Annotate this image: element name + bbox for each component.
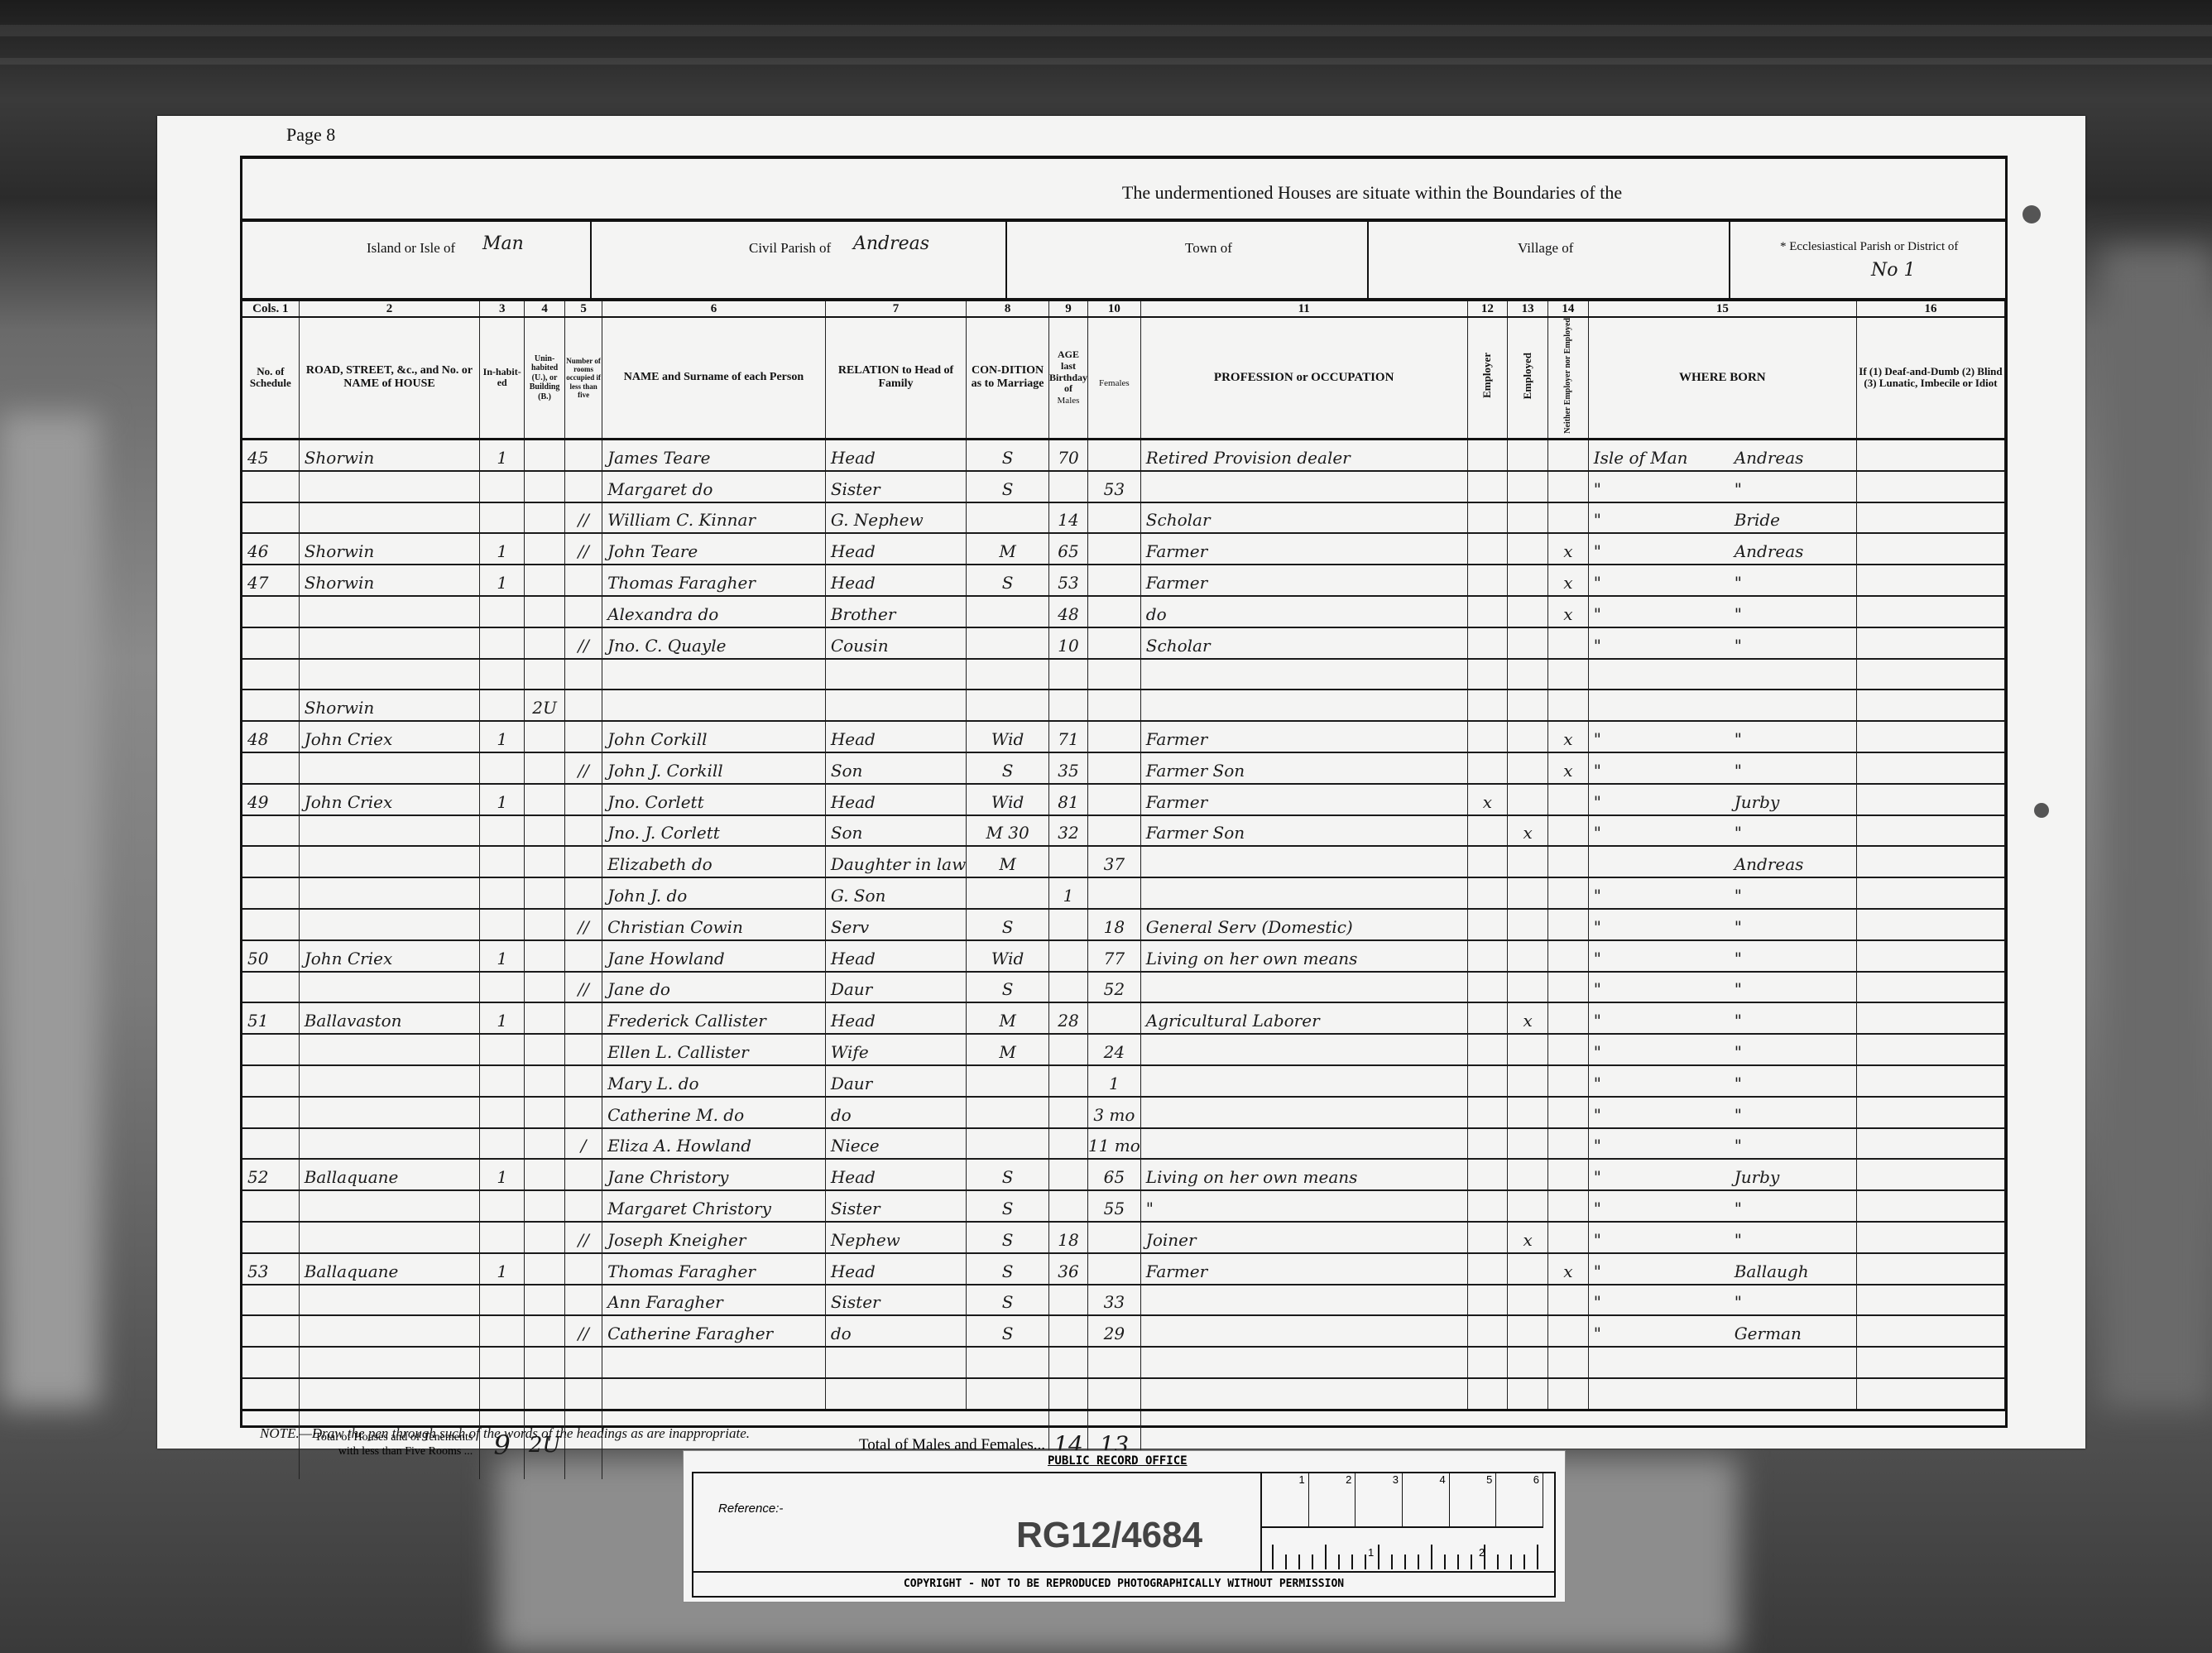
cell-sched xyxy=(242,1128,299,1160)
cell-unin xyxy=(525,1065,565,1097)
cell-house xyxy=(299,596,480,627)
cell-m: 32 xyxy=(1048,815,1087,847)
cell-inh xyxy=(480,1190,525,1222)
cell-cond: M xyxy=(967,533,1049,565)
table-row: //John J. CorkillSonS35Farmer Sonx"" xyxy=(242,752,2005,784)
cell-emp2 xyxy=(1508,784,1548,815)
cell-emp1 xyxy=(1467,815,1508,847)
cell-where-born: "" xyxy=(1588,596,1856,627)
cell-emp2 xyxy=(1508,752,1548,784)
cell-f xyxy=(1087,627,1140,659)
table-row: /Eliza A. HowlandNiece11 mo"" xyxy=(242,1128,2005,1160)
cell-m: 53 xyxy=(1048,565,1087,596)
table-row xyxy=(242,659,2005,690)
cell-m: 70 xyxy=(1048,439,1087,470)
cell-emp2 xyxy=(1508,690,1548,721)
cell-inh xyxy=(480,690,525,721)
office-label: PUBLIC RECORD OFFICE xyxy=(1048,1454,1188,1468)
cell-inh: 1 xyxy=(480,439,525,470)
cell-name: Ann Faragher xyxy=(602,1285,826,1316)
cell-sched xyxy=(242,1347,299,1378)
ruler-tick xyxy=(1404,1554,1406,1569)
cell-rel xyxy=(825,659,966,690)
cell-f xyxy=(1087,502,1140,534)
civil-parish-value: Andreas xyxy=(853,233,929,254)
cell-unin xyxy=(525,909,565,940)
cell-house xyxy=(299,1315,480,1347)
cell-inf xyxy=(1856,752,2004,784)
cell-cond: S xyxy=(967,1159,1049,1190)
cell-emp1 xyxy=(1467,972,1508,1003)
cell-emp1 xyxy=(1467,721,1508,752)
cell-rel: Head xyxy=(825,721,966,752)
ruler-tick xyxy=(1312,1554,1313,1569)
table-row: 46Shorwin1//John TeareHeadM65Farmerx"And… xyxy=(242,533,2005,565)
cell-sched xyxy=(242,972,299,1003)
cell-occ xyxy=(1140,846,1467,877)
cell-rooms xyxy=(565,721,602,752)
cell-sched: 52 xyxy=(242,1159,299,1190)
cell-where-born: "" xyxy=(1588,752,1856,784)
cell-emp1 xyxy=(1467,596,1508,627)
cell-occ xyxy=(1140,690,1467,721)
cell-emp2 xyxy=(1508,502,1548,534)
cell-rooms xyxy=(565,1002,602,1034)
cell-rooms xyxy=(565,1378,602,1410)
census-sheet: Page 8 The undermentioned Houses are sit… xyxy=(157,116,2085,1449)
cell-occ xyxy=(1140,1285,1467,1316)
cell-house xyxy=(299,1285,480,1316)
cell-rel: Head xyxy=(825,565,966,596)
cell-inf xyxy=(1856,1253,2004,1285)
cell-rooms xyxy=(565,846,602,877)
cell-where-born: "" xyxy=(1588,1002,1856,1034)
cell-unin: 2U xyxy=(525,690,565,721)
cell-inh xyxy=(480,846,525,877)
header-schedule: No. of Schedule xyxy=(242,317,299,439)
header-infirmity: If (1) Deaf-and-Dumb (2) Blind (3) Lunat… xyxy=(1856,317,2004,439)
cell-rooms xyxy=(565,690,602,721)
header-employer: Employer xyxy=(1467,317,1508,439)
header-relation: RELATION to Head of Family xyxy=(825,317,966,439)
inhabited-total: 9 xyxy=(480,1410,525,1479)
cell-where-born: "Bride xyxy=(1588,502,1856,534)
cell-emp2 xyxy=(1508,627,1548,659)
census-frame: The undermentioned Houses are situate wi… xyxy=(240,156,2008,1428)
cell-rel: Brother xyxy=(825,596,966,627)
cell-emp1 xyxy=(1467,627,1508,659)
table-row: 45Shorwin1James TeareHeadS70Retired Prov… xyxy=(242,439,2005,470)
cell-inh xyxy=(480,1315,525,1347)
page-number: Page 8 xyxy=(286,124,335,146)
cell-where-born: "" xyxy=(1588,909,1856,940)
uninhabited-total: 2U xyxy=(525,1410,565,1479)
cell-sched xyxy=(242,877,299,909)
cell-rooms xyxy=(565,1253,602,1285)
cell-m xyxy=(1048,1378,1087,1410)
ruler-tick xyxy=(1471,1554,1472,1569)
cell-house: Ballaquane xyxy=(299,1159,480,1190)
table-row: 52Ballaquane1Jane ChristoryHeadS65Living… xyxy=(242,1159,2005,1190)
table-row: Ann FaragherSisterS33"" xyxy=(242,1285,2005,1316)
cell-m xyxy=(1048,846,1087,877)
cell-cond: S xyxy=(967,439,1049,470)
cell-f xyxy=(1087,784,1140,815)
cell-rooms xyxy=(565,1159,602,1190)
cell-emp1 xyxy=(1467,1002,1508,1034)
cell-occ: Farmer xyxy=(1140,565,1467,596)
header-employed: Employed xyxy=(1508,317,1548,439)
table-row: Elizabeth doDaughter in lawM37Andreas xyxy=(242,846,2005,877)
cell-emp1 xyxy=(1467,471,1508,502)
cell-rooms xyxy=(565,940,602,972)
table-row xyxy=(242,1347,2005,1378)
cell-emp2 xyxy=(1508,1034,1548,1065)
cell-rooms xyxy=(565,1285,602,1316)
cell-emp3 xyxy=(1547,815,1588,847)
cell-sched xyxy=(242,471,299,502)
cell-name: Alexandra do xyxy=(602,596,826,627)
cell-where-born: "" xyxy=(1588,1097,1856,1128)
cell-occ: Farmer xyxy=(1140,721,1467,752)
cell-name: Jno. Corlett xyxy=(602,784,826,815)
cell-f xyxy=(1087,1253,1140,1285)
cell-emp2 xyxy=(1508,1347,1548,1378)
header-age-males: AGE last Birthday ofMales xyxy=(1048,317,1087,439)
cell-where-born xyxy=(1588,659,1856,690)
cell-cond: S xyxy=(967,1253,1049,1285)
cell-emp3 xyxy=(1547,1222,1588,1253)
cell-f: 24 xyxy=(1087,1034,1140,1065)
cell-occ xyxy=(1140,1065,1467,1097)
cell-house xyxy=(299,1034,480,1065)
cell-inf xyxy=(1856,596,2004,627)
cell-inh xyxy=(480,1128,525,1160)
cell-house xyxy=(299,909,480,940)
cell-f: 52 xyxy=(1087,972,1140,1003)
cell-emp1 xyxy=(1467,1222,1508,1253)
cell-rooms: // xyxy=(565,752,602,784)
cell-unin xyxy=(525,659,565,690)
cell-house xyxy=(299,815,480,847)
cell-occ: General Serv (Domestic) xyxy=(1140,909,1467,940)
cell-rel xyxy=(825,690,966,721)
cell-cond xyxy=(967,690,1049,721)
cell-f: 33 xyxy=(1087,1285,1140,1316)
cell-cond: S xyxy=(967,752,1049,784)
cell-occ: Scholar xyxy=(1140,502,1467,534)
table-row: 51Ballavaston1Frederick CallisterHeadM28… xyxy=(242,1002,2005,1034)
cell-cond: S xyxy=(967,565,1049,596)
cell-sched: 51 xyxy=(242,1002,299,1034)
cell-f xyxy=(1087,596,1140,627)
cell-emp3 xyxy=(1547,846,1588,877)
island-cell: Island or Isle of Man xyxy=(242,222,592,298)
cell-m xyxy=(1048,940,1087,972)
cell-emp3 xyxy=(1547,940,1588,972)
cell-inh xyxy=(480,877,525,909)
cell-occ xyxy=(1140,1347,1467,1378)
cell-name: Mary L. do xyxy=(602,1065,826,1097)
cell-house: Ballaquane xyxy=(299,1253,480,1285)
cell-m xyxy=(1048,1159,1087,1190)
cell-unin xyxy=(525,596,565,627)
cell-sched xyxy=(242,1065,299,1097)
cell-f: 11 mo xyxy=(1087,1128,1140,1160)
cell-unin xyxy=(525,1128,565,1160)
cell-cond xyxy=(967,596,1049,627)
cell-rel: Son xyxy=(825,815,966,847)
cell-where-born: "Jurby xyxy=(1588,1159,1856,1190)
cell-emp1 xyxy=(1467,439,1508,470)
cell-f: 1 xyxy=(1087,1065,1140,1097)
cell-emp3: x xyxy=(1547,1253,1588,1285)
cell-rel: Serv xyxy=(825,909,966,940)
cell-inf xyxy=(1856,1097,2004,1128)
table-row: John J. doG. Son1"" xyxy=(242,877,2005,909)
table-row: 50John Criex1Jane HowlandHeadWid77Living… xyxy=(242,940,2005,972)
cell-m: 1 xyxy=(1048,877,1087,909)
cell-rel: Nephew xyxy=(825,1222,966,1253)
cell-inh xyxy=(480,627,525,659)
cell-name: Ellen L. Callister xyxy=(602,1034,826,1065)
cell-unin xyxy=(525,502,565,534)
cell-name: Elizabeth do xyxy=(602,846,826,877)
cell-f xyxy=(1087,1347,1140,1378)
cell-rel: Sister xyxy=(825,1285,966,1316)
cell-occ: do xyxy=(1140,596,1467,627)
stamp-box: Reference:- RG12/4684 1 2 3 4 5 6 1 2 CO… xyxy=(692,1472,1556,1598)
cell-inf xyxy=(1856,690,2004,721)
cell-occ: Scholar xyxy=(1140,627,1467,659)
cell-occ xyxy=(1140,972,1467,1003)
cell-emp3: x xyxy=(1547,721,1588,752)
cell-emp2 xyxy=(1508,1190,1548,1222)
cell-unin xyxy=(525,1285,565,1316)
cell-unin xyxy=(525,1253,565,1285)
cell-emp1 xyxy=(1467,1378,1508,1410)
cell-emp1 xyxy=(1467,1097,1508,1128)
cell-inh xyxy=(480,471,525,502)
cell-where-born: "Jurby xyxy=(1588,784,1856,815)
cell-house xyxy=(299,502,480,534)
cell-rooms xyxy=(565,1034,602,1065)
cell-emp2 xyxy=(1508,1378,1548,1410)
table-row: 53Ballaquane1Thomas FaragherHeadS36Farme… xyxy=(242,1253,2005,1285)
cell-inh xyxy=(480,972,525,1003)
cell-name: Eliza A. Howland xyxy=(602,1128,826,1160)
cell-sched xyxy=(242,1097,299,1128)
cell-emp1 xyxy=(1467,1190,1508,1222)
census-table: Cols. 1 2 3 4 5 6 7 8 9 10 11 12 13 14 1… xyxy=(242,301,2005,1479)
cell-inh xyxy=(480,1222,525,1253)
cell-rooms xyxy=(565,596,602,627)
ruler-tick xyxy=(1298,1554,1300,1569)
cell-occ xyxy=(1140,1034,1467,1065)
cell-occ xyxy=(1140,471,1467,502)
cell-sched xyxy=(242,690,299,721)
cell-f xyxy=(1087,815,1140,847)
cell-sched xyxy=(242,846,299,877)
cell-house xyxy=(299,471,480,502)
cell-sched xyxy=(242,1378,299,1410)
ruler-tick xyxy=(1391,1554,1393,1569)
table-row: Alexandra doBrother48dox"" xyxy=(242,596,2005,627)
cell-occ: Agricultural Laborer xyxy=(1140,1002,1467,1034)
civil-parish-cell: Civil Parish of Andreas xyxy=(592,222,1007,298)
cell-rel: Wife xyxy=(825,1034,966,1065)
cell-f xyxy=(1087,752,1140,784)
cell-rel: Head xyxy=(825,439,966,470)
cell-emp2 xyxy=(1508,533,1548,565)
table-row: Margaret doSisterS53"" xyxy=(242,471,2005,502)
cell-inf xyxy=(1856,1002,2004,1034)
cell-f: 37 xyxy=(1087,846,1140,877)
ruler-tick xyxy=(1444,1554,1446,1569)
cell-emp2 xyxy=(1508,565,1548,596)
ruler-tick xyxy=(1378,1545,1380,1569)
cell-inf xyxy=(1856,721,2004,752)
cell-where-born: "" xyxy=(1588,565,1856,596)
cell-f xyxy=(1087,1378,1140,1410)
ruler-tick xyxy=(1351,1554,1353,1569)
cell-name: Jno. J. Corlett xyxy=(602,815,826,847)
punch-hole xyxy=(2034,803,2049,818)
cell-where-born: "" xyxy=(1588,1222,1856,1253)
cell-cond: M 30 xyxy=(967,815,1049,847)
ruler-tick xyxy=(1510,1554,1512,1569)
cell-emp1 xyxy=(1467,1253,1508,1285)
ruler-tick xyxy=(1418,1554,1419,1569)
cell-cond xyxy=(967,877,1049,909)
cell-rel: do xyxy=(825,1315,966,1347)
cell-m: 18 xyxy=(1048,1222,1087,1253)
table-row: 47Shorwin1Thomas FaragherHeadS53Farmerx"… xyxy=(242,565,2005,596)
cell-m xyxy=(1048,1347,1087,1378)
cell-inf xyxy=(1856,1159,2004,1190)
cell-m: 35 xyxy=(1048,752,1087,784)
table-row: //Joseph KneigherNephewS18Joinerx"" xyxy=(242,1222,2005,1253)
cell-inh xyxy=(480,1378,525,1410)
cell-name: Jane do xyxy=(602,972,826,1003)
cell-m: 36 xyxy=(1048,1253,1087,1285)
scale-ruler: 1 2 3 4 5 6 1 2 xyxy=(1260,1473,1543,1571)
cell-cond xyxy=(967,1378,1049,1410)
cell-rel: Daughter in law xyxy=(825,846,966,877)
cell-where-born xyxy=(1588,690,1856,721)
cell-m xyxy=(1048,909,1087,940)
cell-emp1 xyxy=(1467,565,1508,596)
houses-total-label: Total of Houses and of Tenements with le… xyxy=(299,1410,480,1479)
ruler-inch-ticks xyxy=(1262,1531,1543,1569)
cell-occ: Farmer xyxy=(1140,1253,1467,1285)
cell-m xyxy=(1048,659,1087,690)
cell-rel: Sister xyxy=(825,471,966,502)
cell-f: 65 xyxy=(1087,1159,1140,1190)
cell-sched xyxy=(242,1315,299,1347)
table-row xyxy=(242,1378,2005,1410)
cell-rel: G. Nephew xyxy=(825,502,966,534)
header-inhabited: In-habit-ed xyxy=(480,317,525,439)
cell-rel: Head xyxy=(825,533,966,565)
table-row: 49John Criex1Jno. CorlettHeadWid81Farmer… xyxy=(242,784,2005,815)
cell-rooms xyxy=(565,877,602,909)
cell-emp2: x xyxy=(1508,1002,1548,1034)
cell-sched xyxy=(242,752,299,784)
cell-cond: Wid xyxy=(967,940,1049,972)
column-header-row: No. of Schedule ROAD, STREET, &c., and N… xyxy=(242,317,2005,439)
cell-where-born: "" xyxy=(1588,972,1856,1003)
cell-name: John Teare xyxy=(602,533,826,565)
ruler-tick xyxy=(1431,1545,1432,1569)
cell-inh xyxy=(480,659,525,690)
cell-emp2 xyxy=(1508,909,1548,940)
cell-house xyxy=(299,1222,480,1253)
cell-where-born: Isle of ManAndreas xyxy=(1588,439,1856,470)
cell-rooms: // xyxy=(565,627,602,659)
cell-where-born: "" xyxy=(1588,1128,1856,1160)
cell-occ xyxy=(1140,1097,1467,1128)
cell-cond xyxy=(967,1128,1049,1160)
cell-house: John Criex xyxy=(299,721,480,752)
cell-emp1 xyxy=(1467,940,1508,972)
cell-house xyxy=(299,1347,480,1378)
cell-house xyxy=(299,1190,480,1222)
cell-rel: G. Son xyxy=(825,877,966,909)
cell-emp1 xyxy=(1467,1285,1508,1316)
cell-rel: Daur xyxy=(825,1065,966,1097)
cell-rooms xyxy=(565,1347,602,1378)
cell-emp1 xyxy=(1467,909,1508,940)
cell-unin xyxy=(525,533,565,565)
cell-m xyxy=(1048,1315,1087,1347)
punch-hole xyxy=(2022,205,2041,223)
cell-sched xyxy=(242,502,299,534)
cell-inf xyxy=(1856,1378,2004,1410)
cell-inf xyxy=(1856,1315,2004,1347)
cell-inh xyxy=(480,1034,525,1065)
cell-emp1 xyxy=(1467,846,1508,877)
cell-rel: Head xyxy=(825,1253,966,1285)
header-road: ROAD, STREET, &c., and No. or NAME of HO… xyxy=(299,317,480,439)
cell-occ: Living on her own means xyxy=(1140,1159,1467,1190)
cell-house xyxy=(299,877,480,909)
cell-rooms xyxy=(565,439,602,470)
cell-f: 55 xyxy=(1087,1190,1140,1222)
cell-inh: 1 xyxy=(480,1253,525,1285)
cell-inf xyxy=(1856,1034,2004,1065)
cell-inh xyxy=(480,1065,525,1097)
cell-f: 53 xyxy=(1087,471,1140,502)
cell-inf xyxy=(1856,877,2004,909)
cell-house xyxy=(299,1378,480,1410)
cell-sched: 50 xyxy=(242,940,299,972)
cell-house xyxy=(299,1128,480,1160)
cell-emp1 xyxy=(1467,752,1508,784)
cell-rel xyxy=(825,1347,966,1378)
cell-cond xyxy=(967,1097,1049,1128)
cell-occ xyxy=(1140,1378,1467,1410)
cell-emp2 xyxy=(1508,721,1548,752)
table-row: Margaret ChristorySisterS55""" xyxy=(242,1190,2005,1222)
cell-occ: Living on her own means xyxy=(1140,940,1467,972)
cell-unin xyxy=(525,471,565,502)
cell-emp3 xyxy=(1547,784,1588,815)
cell-emp2 xyxy=(1508,877,1548,909)
cell-emp1 xyxy=(1467,1159,1508,1190)
cell-cond: M xyxy=(967,846,1049,877)
cell-inf xyxy=(1856,471,2004,502)
